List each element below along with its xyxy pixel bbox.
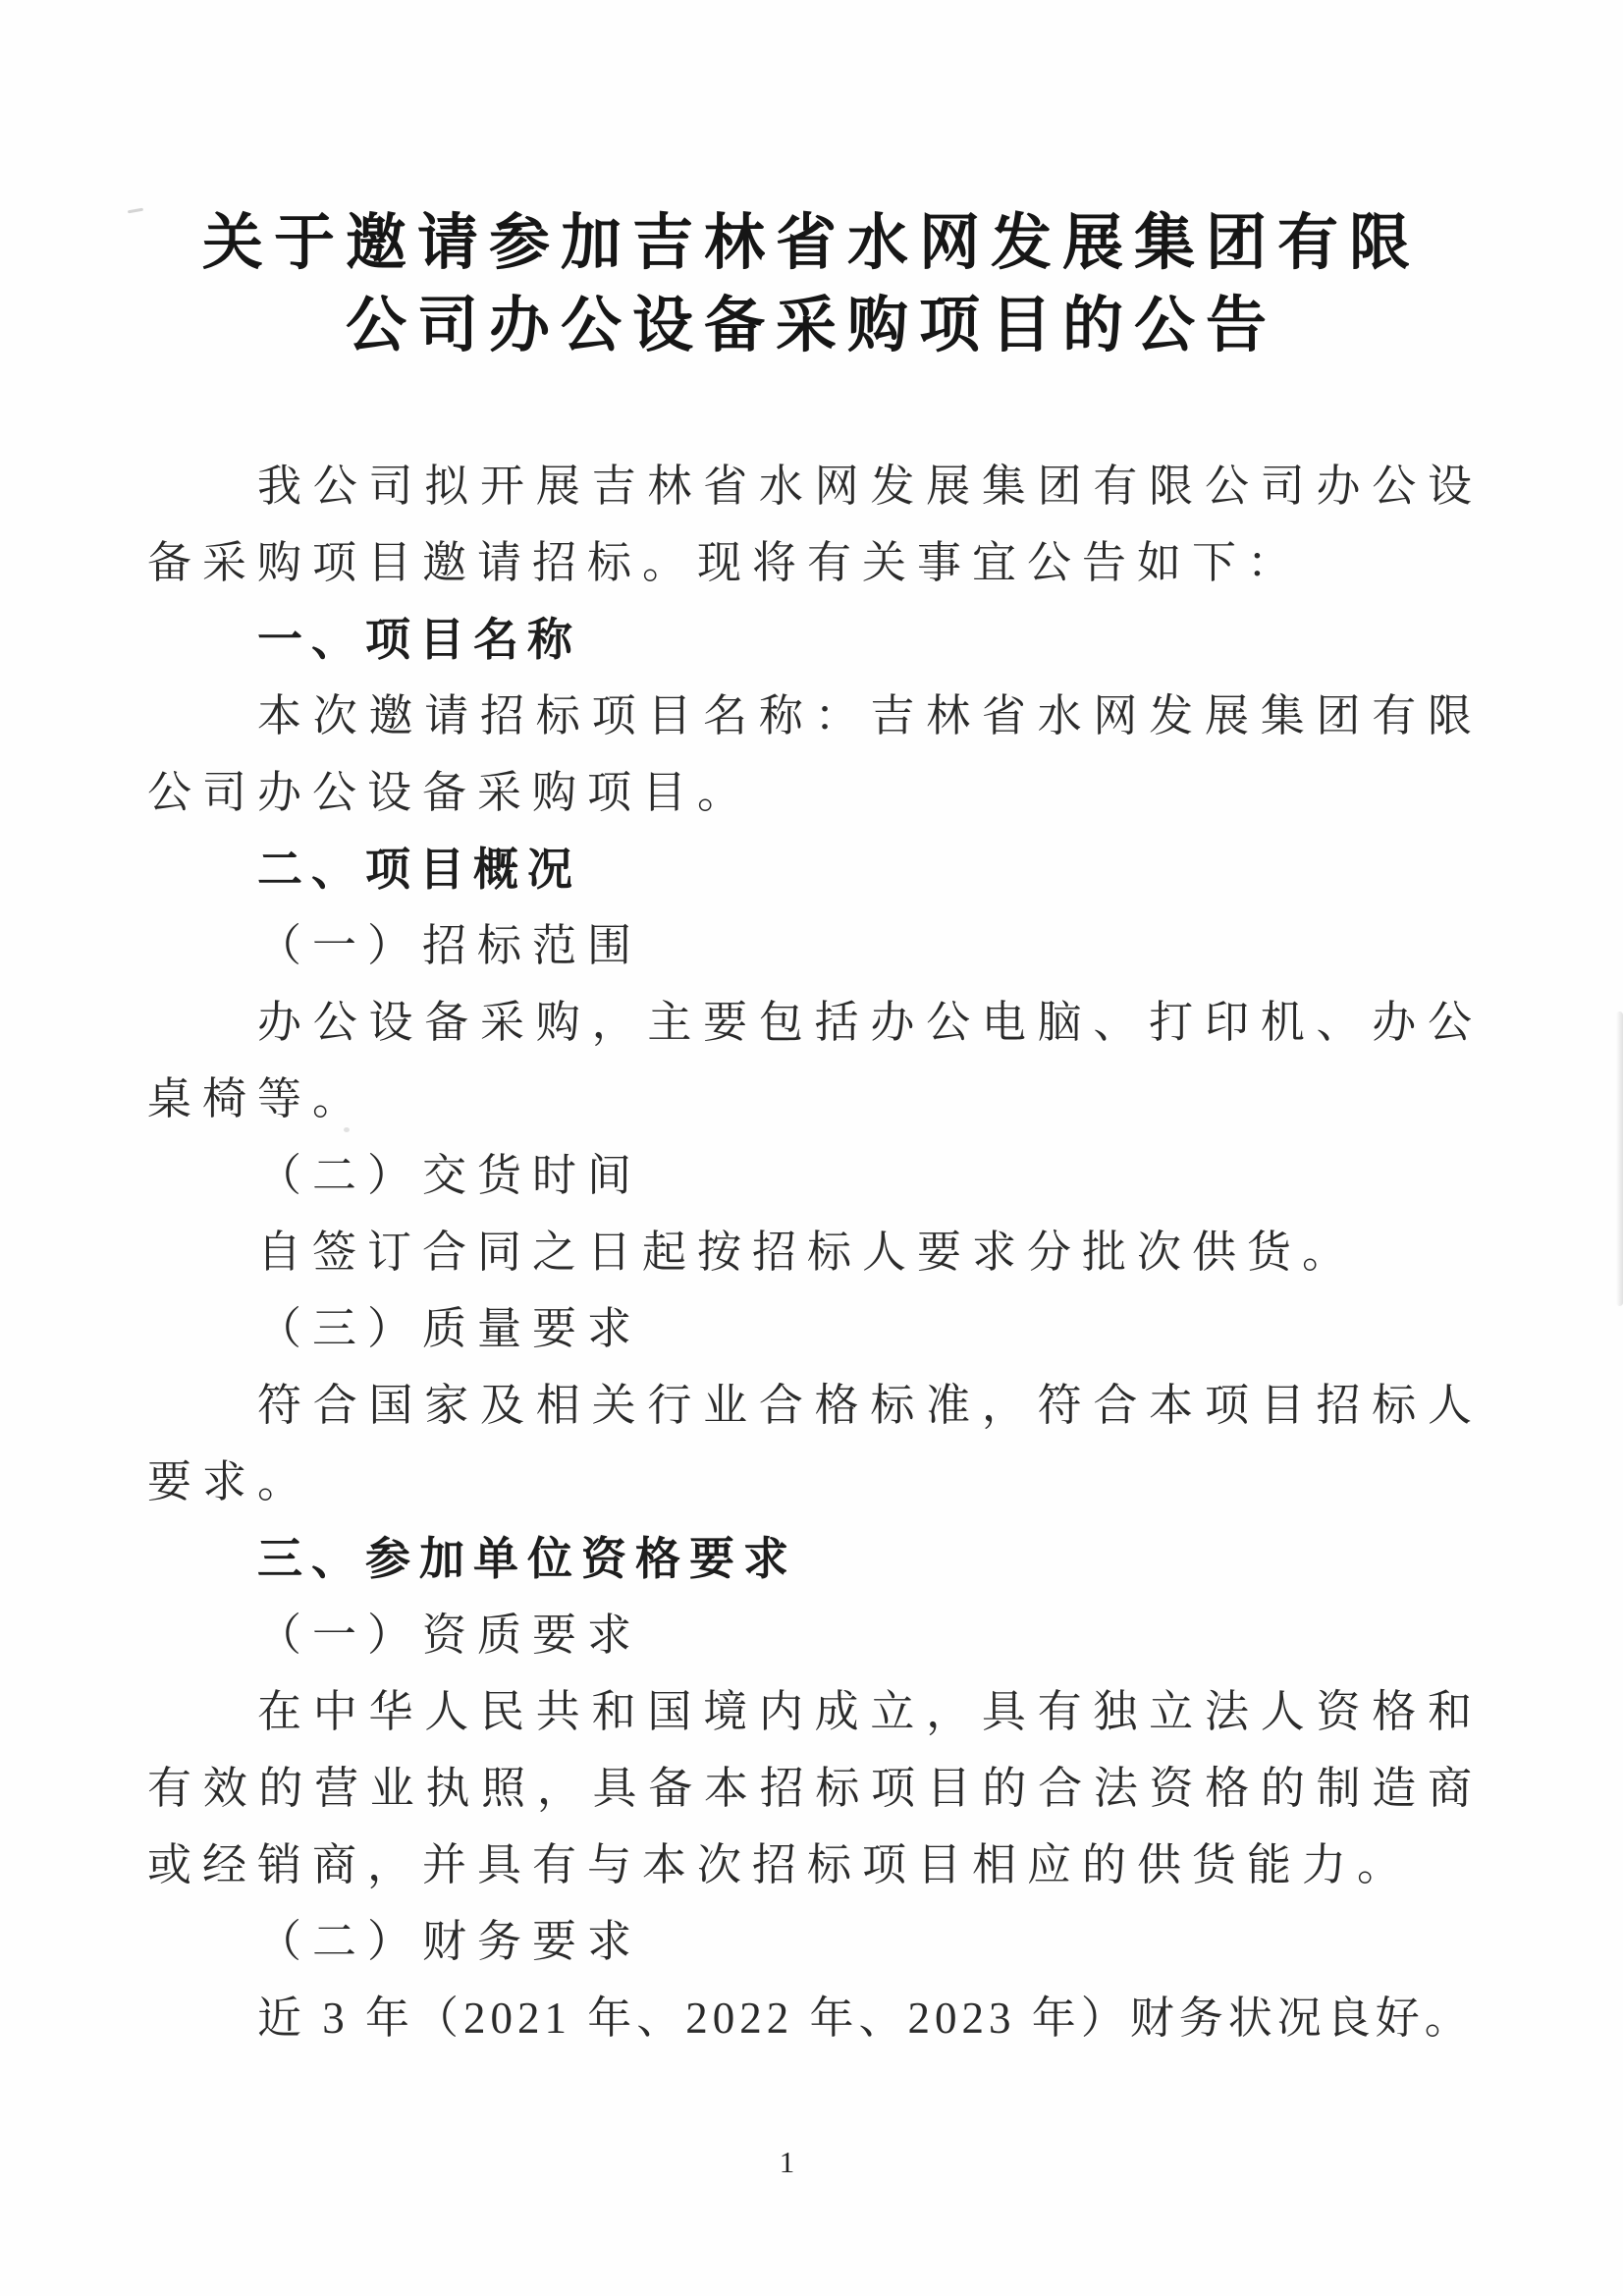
scan-artifact: [1616, 1011, 1623, 1306]
scan-artifact: [344, 1127, 350, 1132]
section-2-heading: 二、项目概况: [147, 831, 1483, 907]
section-3-sub-2-paragraph: 近 3 年（2021 年、2022 年、2023 年）财务状况良好。: [147, 1980, 1483, 2056]
section-2-sub-2-paragraph: 自签订合同之日起按招标人要求分批次供货。: [147, 1214, 1483, 1290]
section-1-paragraph: 本次邀请招标项目名称：吉林省水网发展集团有限公司办公设备采购项目。: [147, 678, 1483, 831]
document-body: 我公司拟开展吉林省水网发展集团有限公司办公设备采购项目邀请招标。现将有关事宜公告…: [147, 448, 1483, 2056]
section-3-sub-2-heading: （二）财务要求: [147, 1903, 1483, 1980]
page-number: 1: [0, 2145, 1574, 2180]
section-2-sub-1-heading: （一）招标范围: [147, 907, 1483, 984]
section-2-sub-1-paragraph: 办公设备采购，主要包括办公电脑、打印机、办公桌椅等。: [147, 984, 1483, 1137]
section-2-sub-2-heading: （二）交货时间: [147, 1137, 1483, 1214]
document-title: 关于邀请参加吉林省水网发展集团有限 公司办公设备采购项目的公告: [0, 0, 1623, 367]
section-3-heading: 三、参加单位资格要求: [147, 1520, 1483, 1597]
section-3-sub-1-paragraph: 在中华人民共和国境内成立，具有独立法人资格和有效的营业执照，具备本招标项目的合法…: [147, 1673, 1483, 1903]
section-2-sub-3-paragraph: 符合国家及相关行业合格标准，符合本项目招标人要求。: [147, 1367, 1483, 1520]
document-title-line-2: 公司办公设备采购项目的公告: [0, 285, 1623, 367]
section-2-sub-3-heading: （三）质量要求: [147, 1290, 1483, 1367]
document-title-line-1: 关于邀请参加吉林省水网发展集团有限: [0, 202, 1623, 285]
document-page: 关于邀请参加吉林省水网发展集团有限 公司办公设备采购项目的公告 我公司拟开展吉林…: [0, 0, 1623, 2296]
section-1-heading: 一、项目名称: [147, 601, 1483, 678]
section-3-sub-1-heading: （一）资质要求: [147, 1597, 1483, 1673]
intro-paragraph: 我公司拟开展吉林省水网发展集团有限公司办公设备采购项目邀请招标。现将有关事宜公告…: [147, 448, 1483, 601]
